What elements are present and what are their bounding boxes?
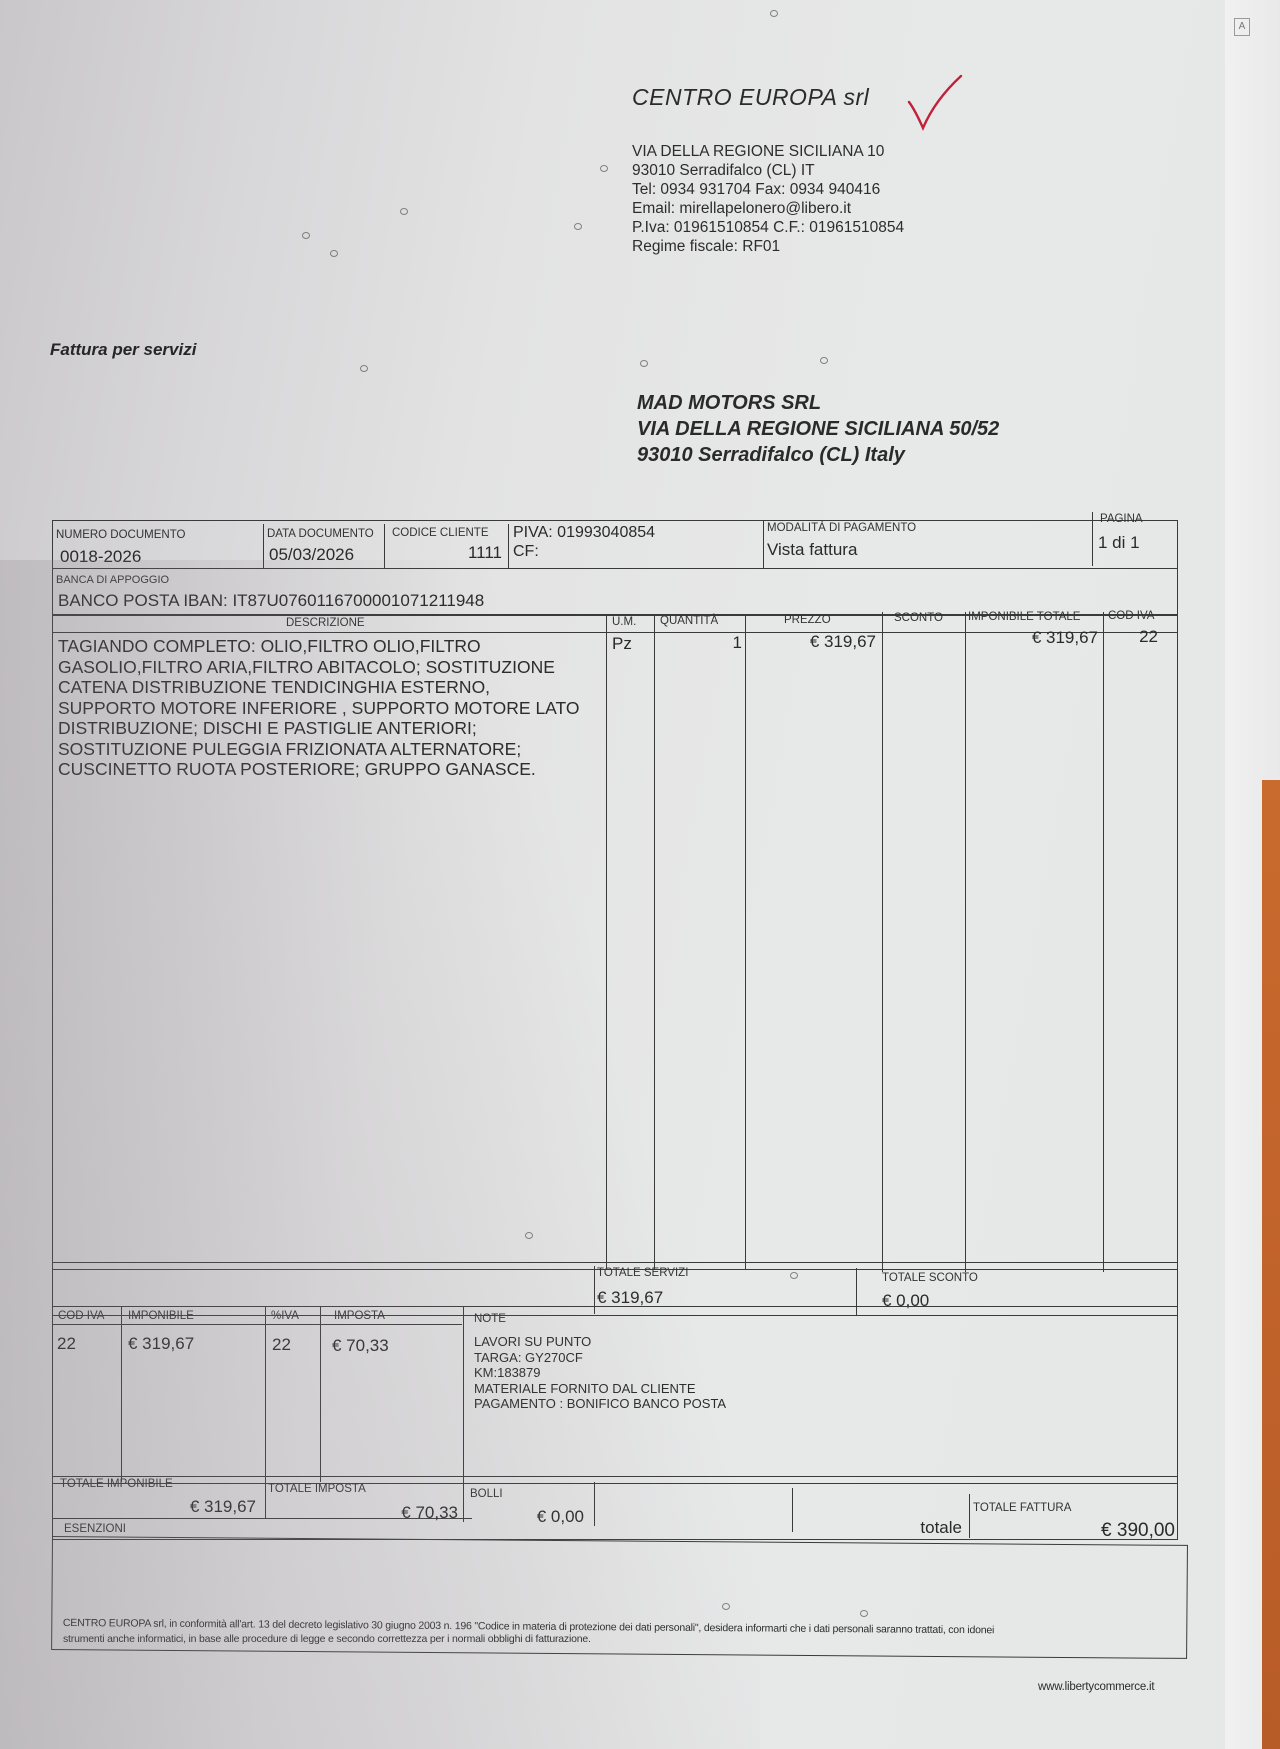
notes-text: LAVORI SU PUNTO TARGA: GY270CF KM:183879…	[474, 1334, 726, 1412]
issuer-email: Email: mirellapelonero@libero.it	[632, 199, 851, 218]
vat-perc-iva: 22	[272, 1335, 291, 1355]
divider	[1092, 512, 1093, 566]
speck	[400, 208, 408, 215]
bolli: € 0,00	[470, 1507, 584, 1527]
vat-cod-iva: 22	[57, 1334, 76, 1354]
totale-fattura: € 390,00	[975, 1520, 1175, 1542]
divider	[1103, 612, 1104, 1272]
col-um: U.M.	[612, 616, 636, 628]
client-piva: PIVA: 01993040854	[513, 524, 655, 542]
vat-imponibile: € 319,67	[128, 1334, 194, 1354]
totale-imposta: € 70,33	[300, 1503, 458, 1523]
issuer-address-2: 93010 Serradifalco (CL) IT	[632, 161, 815, 180]
desk-edge	[1262, 780, 1280, 1749]
data-documento: 05/03/2026	[269, 545, 354, 565]
divider	[965, 612, 966, 1272]
divider	[882, 612, 883, 1272]
codice-cliente: 1111	[392, 543, 502, 563]
banca-iban: BANCO POSTA IBAN: IT87U07601167000010712…	[58, 591, 484, 611]
item-quantita: 1	[660, 633, 742, 653]
divider	[52, 568, 1178, 569]
speck	[600, 165, 608, 172]
divider	[508, 524, 509, 568]
codice-cliente-label: CODICE CLIENTE	[392, 527, 489, 539]
checkmark-icon	[905, 72, 965, 134]
vat-col-imposta: IMPOSTA	[334, 1310, 385, 1322]
item-descrizione: TAGIANDO COMPLETO: OLIO,FILTRO OLIO,FILT…	[58, 636, 580, 780]
totale-servizi-label: TOTALE SERVIZI	[597, 1267, 688, 1279]
client-address: VIA DELLA REGIONE SICILIANA 50/52	[637, 416, 999, 442]
totale-imponibile: € 319,67	[110, 1497, 256, 1517]
divider	[745, 614, 746, 1270]
speck	[820, 357, 828, 364]
speck	[330, 250, 338, 257]
speck	[770, 10, 778, 17]
totale-word: totale	[800, 1518, 962, 1538]
privacy-notice-line-2: strumenti anche informatici, in base all…	[63, 1633, 591, 1645]
item-imponibile-totale: € 319,67	[970, 628, 1098, 648]
divider	[654, 614, 655, 1270]
divider	[594, 1482, 595, 1526]
vat-col-cod-iva: COD IVA	[58, 1310, 104, 1322]
col-cod-iva: COD IVA	[1108, 610, 1154, 622]
issuer-vat: P.Iva: 01961510854 C.F.: 01961510854	[632, 218, 904, 237]
divider	[463, 1480, 464, 1522]
col-quantita: QUANTITÀ	[660, 615, 718, 627]
modalita-pagamento: Vista fattura	[767, 540, 857, 560]
issuer-tax-regime: Regime fiscale: RF01	[632, 237, 780, 256]
totale-servizi: € 319,67	[597, 1288, 663, 1308]
divider	[52, 1324, 462, 1325]
divider	[384, 524, 385, 568]
bolli-label: BOLLI	[470, 1488, 503, 1500]
item-cod-iva: 22	[1106, 627, 1158, 647]
data-documento-label: DATA DOCUMENTO	[267, 528, 374, 540]
divider	[969, 1494, 970, 1538]
divider	[763, 520, 764, 568]
col-descrizione: DESCRIZIONE	[286, 617, 365, 629]
esenzioni-label: ESENZIONI	[64, 1523, 126, 1535]
divider	[263, 524, 264, 568]
totale-imposta-label: TOTALE IMPOSTA	[268, 1483, 366, 1495]
issuer-phone: Tel: 0934 931704 Fax: 0934 940416	[632, 180, 880, 199]
banca-label: BANCA DI APPOGGIO	[56, 574, 169, 586]
issuer-name: CENTRO EUROPA srl	[632, 84, 869, 111]
numero-documento-label: NUMERO DOCUMENTO	[56, 529, 185, 541]
divider	[463, 1306, 464, 1486]
client-city: 93010 Serradifalco (CL) Italy	[637, 442, 905, 468]
website: www.libertycommerce.it	[1038, 1681, 1154, 1693]
client-cf: CF:	[513, 543, 539, 561]
divider	[121, 1306, 122, 1482]
notes-label: NOTE	[474, 1313, 506, 1325]
item-um: Pz	[612, 634, 632, 654]
speck	[360, 365, 368, 372]
col-sconto: SCONTO	[894, 612, 943, 624]
speck	[574, 223, 582, 230]
col-prezzo: PREZZO	[784, 614, 831, 626]
vat-col-perc-iva: %IVA	[271, 1310, 299, 1322]
vat-imposta: € 70,33	[332, 1336, 389, 1356]
divider	[265, 1476, 266, 1518]
divider	[792, 1488, 793, 1532]
totale-imponibile-label: TOTALE IMPONIBILE	[60, 1478, 173, 1490]
totale-fattura-label: TOTALE FATTURA	[973, 1502, 1071, 1514]
numero-documento: 0018-2026	[60, 547, 141, 567]
divider	[265, 1306, 266, 1482]
pagina-label: PAGINA	[1100, 513, 1143, 525]
speck	[640, 360, 648, 367]
pagina: 1 di 1	[1098, 533, 1140, 553]
item-prezzo: € 319,67	[750, 632, 876, 652]
client-name: MAD MOTORS SRL	[637, 390, 821, 416]
col-imponibile-totale: IMPONIBILE TOTALE	[968, 611, 1080, 623]
corner-label: A	[1234, 18, 1250, 36]
divider	[320, 1306, 321, 1482]
totale-sconto-label: TOTALE SCONTO	[882, 1272, 978, 1284]
modalita-pagamento-label: MODALITÀ DI PAGAMENTO	[767, 522, 916, 534]
issuer-address-1: VIA DELLA REGIONE SICILIANA 10	[632, 142, 884, 161]
document-type: Fattura per servizi	[50, 340, 196, 360]
speck	[302, 232, 310, 239]
divider	[606, 614, 607, 1270]
vat-col-imponibile: IMPONIBILE	[128, 1310, 194, 1322]
